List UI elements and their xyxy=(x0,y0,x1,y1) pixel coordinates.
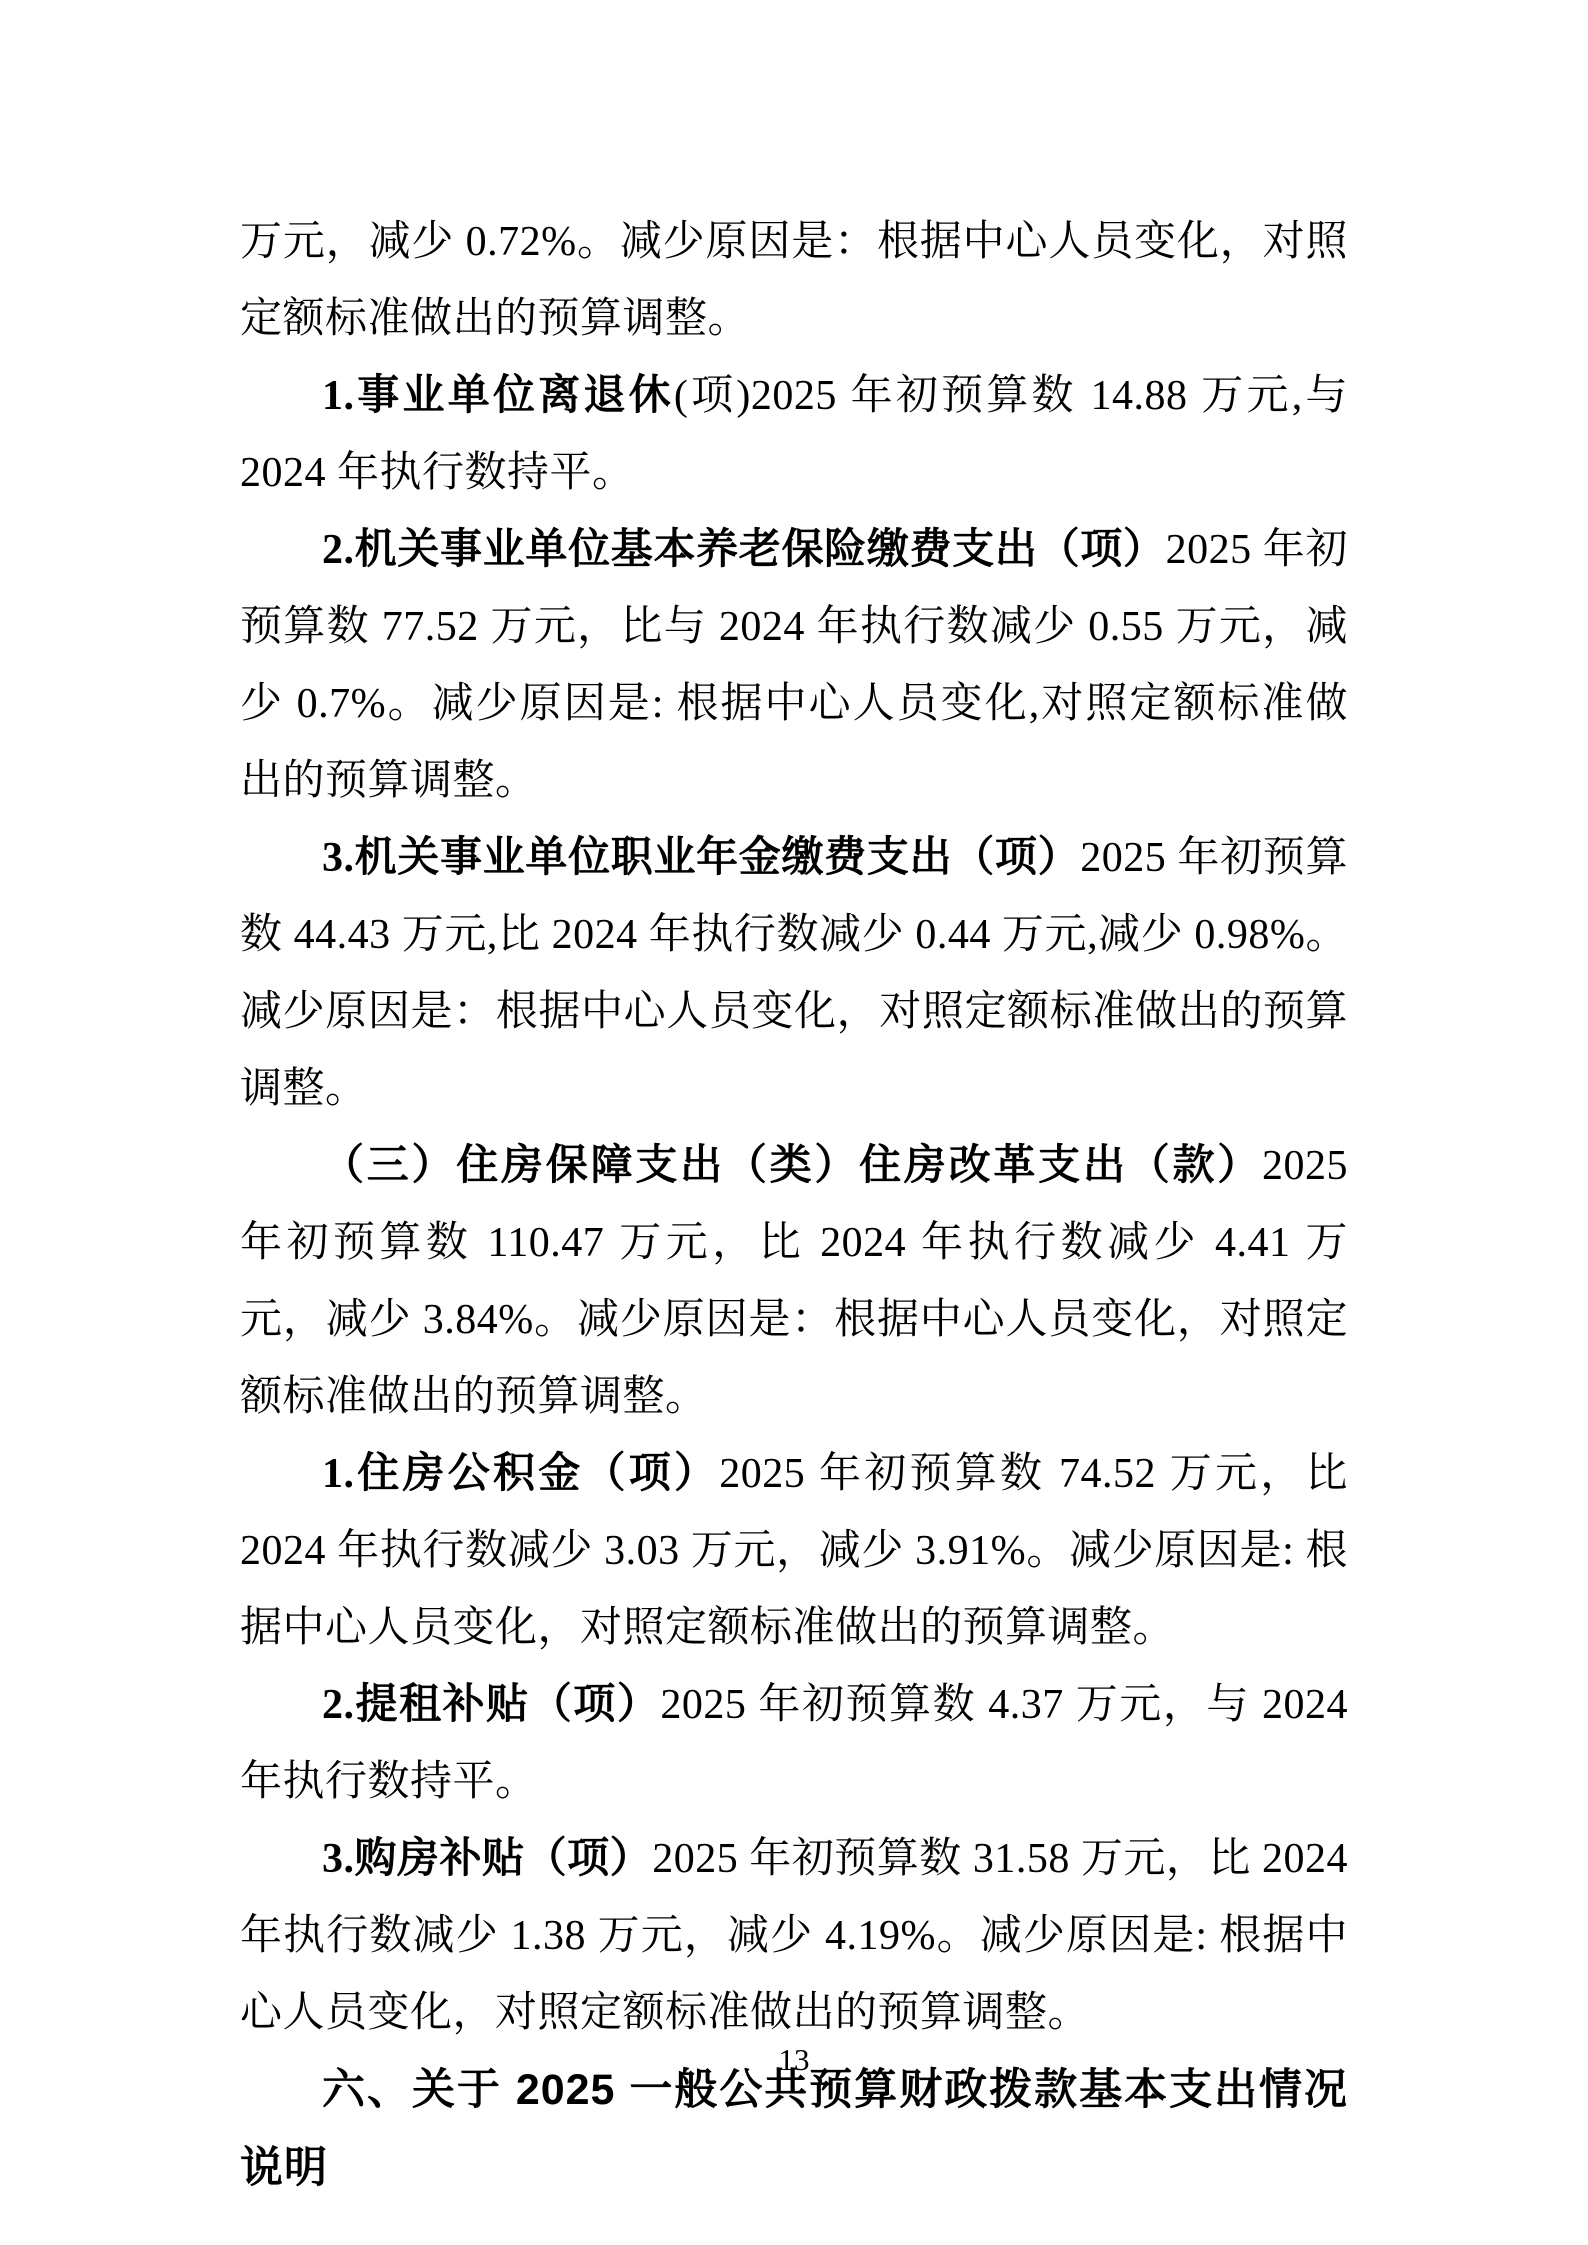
paragraph: （三）住房保障支出（类）住房改革支出（款）2025 年初预算数 110.47 万… xyxy=(240,1128,1348,1436)
paragraph-lead: 3.机关事业单位职业年金缴费支出（项） xyxy=(322,835,1080,881)
document-body: 万元，减少 0.72%。减少原因是：根据中心人员变化，对照定额标准做出的预算调整… xyxy=(240,204,1348,2208)
paragraph: 2.提租补贴（项）2025 年初预算数 4.37 万元，与 2024 年执行数持… xyxy=(240,1667,1348,1821)
paragraph: 1.事业单位离退休(项)2025 年初预算数 14.88 万元,与 2024 年… xyxy=(240,358,1348,512)
paragraph: 3.购房补贴（项）2025 年初预算数 31.58 万元，比 2024 年执行数… xyxy=(240,1821,1348,2052)
document-page: 万元，减少 0.72%。减少原因是：根据中心人员变化，对照定额标准做出的预算调整… xyxy=(0,0,1588,2245)
paragraph-text: 万元，减少 0.72%。减少原因是：根据中心人员变化，对照定额标准做出的预算调整… xyxy=(240,219,1348,342)
paragraph-lead: 3.购房补贴（项） xyxy=(322,1836,652,1882)
paragraph: 2.机关事业单位基本养老保险缴费支出（项）2025 年初预算数 77.52 万元… xyxy=(240,512,1348,820)
paragraph-lead: 1.事业单位离退休 xyxy=(322,373,674,419)
section-heading-text: 六、关于 2025 一般公共预算财政拨款基本支出情况说明 xyxy=(240,2066,1348,2192)
paragraph-lead: 2.提租补贴（项） xyxy=(322,1682,660,1728)
paragraph-lead: 2.机关事业单位基本养老保险缴费支出（项） xyxy=(322,527,1166,573)
paragraph-lead: 1.住房公积金（项） xyxy=(322,1451,719,1497)
paragraph: 3.机关事业单位职业年金缴费支出（项）2025 年初预算数 44.43 万元,比… xyxy=(240,820,1348,1128)
paragraph: 万元，减少 0.72%。减少原因是：根据中心人员变化，对照定额标准做出的预算调整… xyxy=(240,204,1348,358)
paragraph-lead: （三）住房保障支出（类）住房改革支出（款） xyxy=(322,1143,1262,1189)
paragraph: 1.住房公积金（项）2025 年初预算数 74.52 万元，比 2024 年执行… xyxy=(240,1436,1348,1667)
page-number: 13 xyxy=(0,2040,1588,2080)
